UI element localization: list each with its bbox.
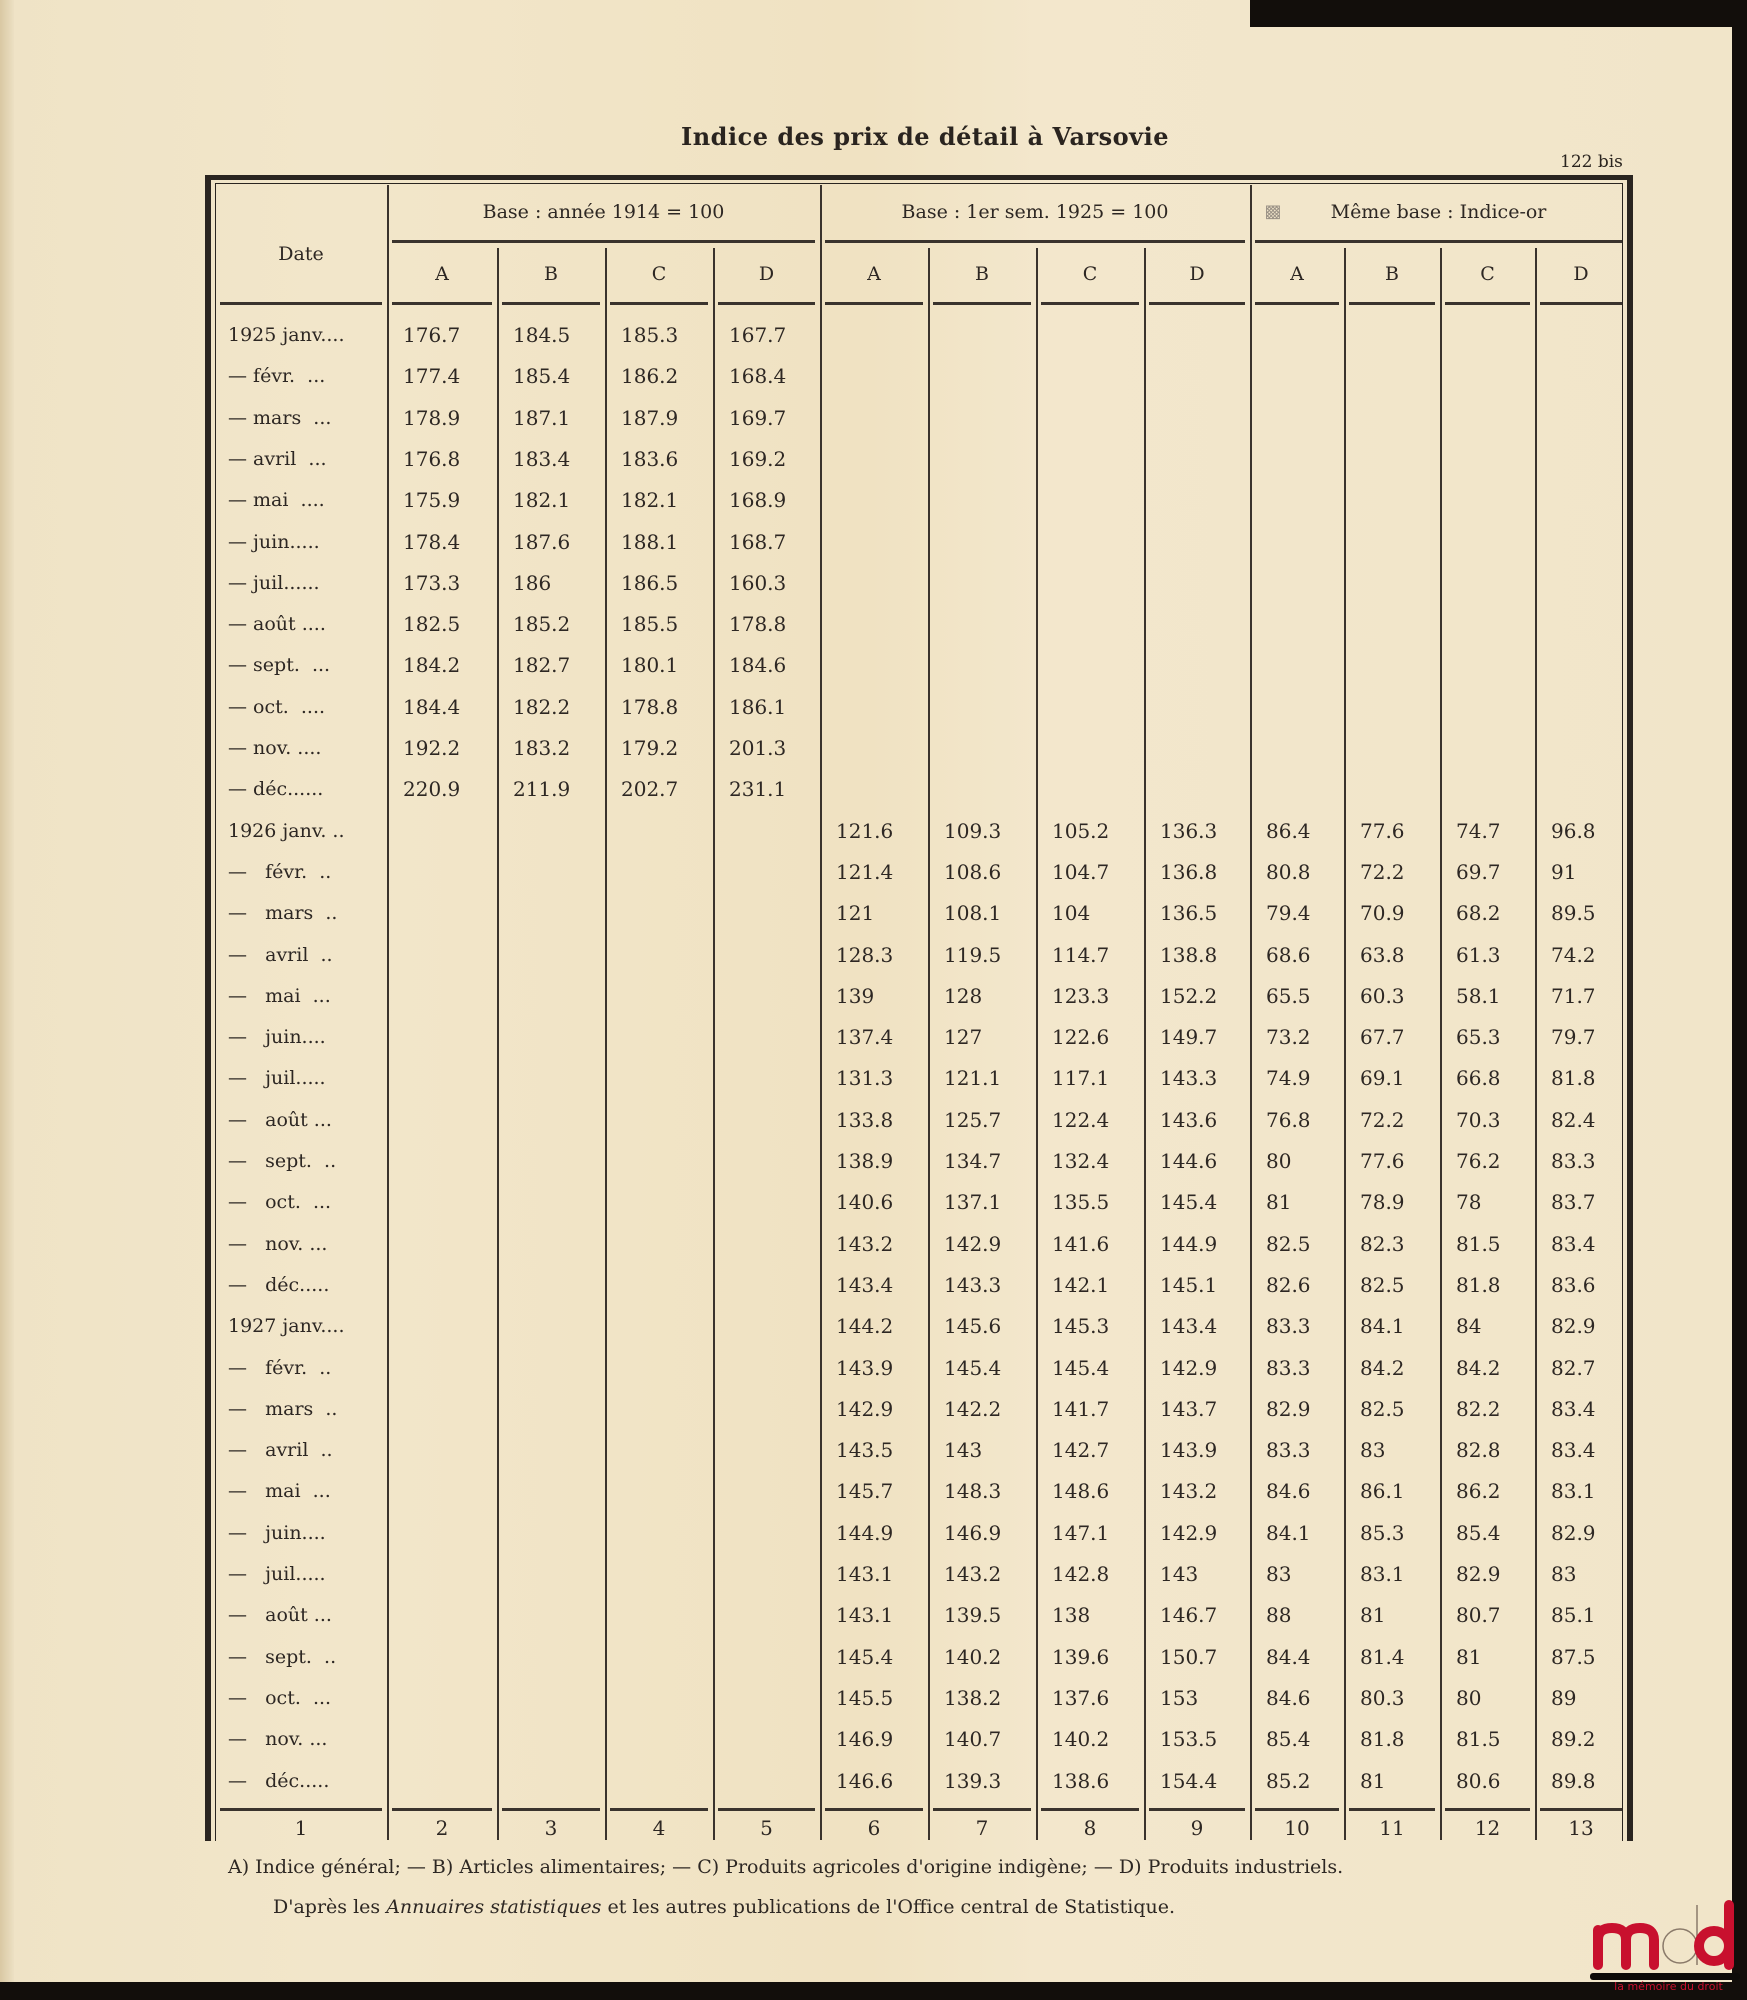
column-divider	[1535, 248, 1537, 1840]
table-cell: 72.2	[1360, 1108, 1440, 1132]
footer-rule	[392, 1808, 492, 1811]
table-cell: 131.3	[836, 1066, 928, 1090]
table-cell: 63.8	[1360, 943, 1440, 967]
table-cell: 185.4	[513, 364, 605, 388]
table-cell: 89.5	[1551, 901, 1627, 925]
table-cell: 143.5	[836, 1438, 928, 1462]
table-cell: 169.2	[729, 447, 820, 471]
table-cell: 143	[1160, 1562, 1250, 1586]
table-cell: 83.6	[1551, 1273, 1627, 1297]
row-date: — juil.....	[228, 1562, 326, 1586]
table-cell: 143.3	[1160, 1066, 1250, 1090]
table-cell: 83.4	[1551, 1232, 1627, 1256]
table-cell: 81.8	[1456, 1273, 1535, 1297]
row-date: — févr. ..	[228, 860, 331, 884]
table-cell: 104.7	[1052, 860, 1144, 884]
table-cell: 183.4	[513, 447, 605, 471]
table-cell: 168.9	[729, 488, 820, 512]
table-cell: 68.6	[1266, 943, 1344, 967]
column-divider	[497, 248, 499, 1840]
column-number: 4	[605, 1816, 713, 1840]
table-cell: 79.7	[1551, 1025, 1627, 1049]
table-cell: 144.6	[1160, 1149, 1250, 1173]
table-inner-border	[215, 183, 1623, 1841]
page-spine	[0, 0, 14, 1988]
table-cell: 96.8	[1551, 819, 1627, 843]
table-cell: 135.5	[1052, 1190, 1144, 1214]
table-cell: 145.4	[836, 1645, 928, 1669]
table-cell: 76.2	[1456, 1149, 1535, 1173]
table-cell: 187.6	[513, 530, 605, 554]
table-cell: 150.7	[1160, 1645, 1250, 1669]
footer-rule	[933, 1808, 1031, 1811]
column-divider	[387, 185, 389, 1840]
row-date: — août ...	[228, 1603, 332, 1627]
table-cell: 144.9	[1160, 1232, 1250, 1256]
table-cell: 108.1	[944, 901, 1036, 925]
table-cell: 74.7	[1456, 819, 1535, 843]
footer-rule	[1255, 1808, 1339, 1811]
table-cell: 82.4	[1551, 1108, 1627, 1132]
table-cell: 139	[836, 984, 928, 1008]
table-cell: 142.7	[1052, 1438, 1144, 1462]
table-cell: 153	[1160, 1686, 1250, 1710]
footer-rule	[1041, 1808, 1139, 1811]
source-suffix: et les autres publications de l'Office c…	[601, 1896, 1175, 1918]
column-letter-header: A	[820, 262, 928, 286]
table-cell: 188.1	[621, 530, 713, 554]
table-cell: 117.1	[1052, 1066, 1144, 1090]
table-cell: 185.2	[513, 612, 605, 636]
table-cell: 138.9	[836, 1149, 928, 1173]
table-cell: 82.5	[1266, 1232, 1344, 1256]
table-cell: 141.7	[1052, 1397, 1144, 1421]
page-title: Indice des prix de détail à Varsovie	[0, 122, 1747, 151]
table-cell: 201.3	[729, 736, 820, 760]
table-cell: 139.3	[944, 1769, 1036, 1793]
table-cell: 143.1	[836, 1562, 928, 1586]
table-cell: 82.3	[1360, 1232, 1440, 1256]
table-cell: 148.3	[944, 1479, 1036, 1503]
table-cell: 65.5	[1266, 984, 1344, 1008]
table-cell: 182.7	[513, 653, 605, 677]
table-cell: 186.1	[729, 695, 820, 719]
column-divider	[1250, 185, 1252, 1840]
row-date: — déc......	[228, 777, 323, 801]
column-letter-header: C	[1440, 262, 1535, 286]
table-cell: 83	[1551, 1562, 1627, 1586]
row-date: — oct. ...	[228, 1190, 331, 1214]
table-cell: 184.2	[403, 653, 497, 677]
table-cell: 83	[1266, 1562, 1344, 1586]
table-cell: 128	[944, 984, 1036, 1008]
scan-edge-right	[1732, 0, 1747, 2000]
table-cell: 138.2	[944, 1686, 1036, 1710]
row-date: — mai ...	[228, 1479, 331, 1503]
table-cell: 125.7	[944, 1108, 1036, 1132]
table-cell: 231.1	[729, 777, 820, 801]
row-date: 1927 janv....	[228, 1314, 345, 1338]
row-date: — sept. ...	[228, 653, 330, 677]
table-cell: 178.9	[403, 406, 497, 430]
table-cell: 176.7	[403, 323, 497, 347]
table-cell: 152.2	[1160, 984, 1250, 1008]
table-cell: 183.6	[621, 447, 713, 471]
row-date: — sept. ..	[228, 1149, 336, 1173]
table-cell: 89.2	[1551, 1727, 1627, 1751]
table-cell: 83.1	[1360, 1562, 1440, 1586]
header-rule	[502, 302, 600, 305]
table-cell: 104	[1052, 901, 1144, 925]
table-cell: 109.3	[944, 819, 1036, 843]
table-cell: 145.4	[944, 1356, 1036, 1380]
table-cell: 186.5	[621, 571, 713, 595]
footer-rule	[610, 1808, 708, 1811]
table-cell: 83.3	[1266, 1314, 1344, 1338]
table-cell: 68.2	[1456, 901, 1535, 925]
table-cell: 121	[836, 901, 928, 925]
row-date: — nov. ...	[228, 1232, 327, 1256]
column-divider	[605, 248, 607, 1840]
table-cell: 182.5	[403, 612, 497, 636]
header-rule	[1540, 302, 1622, 305]
table-cell: 84	[1456, 1314, 1535, 1338]
table-cell: 145.3	[1052, 1314, 1144, 1338]
table-cell: 168.4	[729, 364, 820, 388]
table-cell: 84.1	[1266, 1521, 1344, 1545]
row-date: — juil.....	[228, 1066, 326, 1090]
table-cell: 74.9	[1266, 1066, 1344, 1090]
table-cell: 142.9	[1160, 1521, 1250, 1545]
row-date: — mai ...	[228, 984, 331, 1008]
column-number: 10	[1250, 1816, 1344, 1840]
table-cell: 81	[1266, 1190, 1344, 1214]
table-cell: 132.4	[1052, 1149, 1144, 1173]
table-cell: 180.1	[621, 653, 713, 677]
header-rule	[392, 302, 492, 305]
table-cell: 105.2	[1052, 819, 1144, 843]
row-date: — juin.....	[228, 530, 320, 554]
table-cell: 146.6	[836, 1769, 928, 1793]
table-cell: 186.2	[621, 364, 713, 388]
table-cell: 167.7	[729, 323, 820, 347]
table-cell: 85.2	[1266, 1769, 1344, 1793]
table-cell: 146.9	[944, 1521, 1036, 1545]
row-date: — oct. ...	[228, 1686, 331, 1710]
table-cell: 86.2	[1456, 1479, 1535, 1503]
table-cell: 187.9	[621, 406, 713, 430]
column-divider	[1144, 248, 1146, 1840]
footer-rule	[1445, 1808, 1530, 1811]
header-rule	[610, 302, 708, 305]
column-letter-header: A	[387, 262, 497, 286]
table-cell: 119.5	[944, 943, 1036, 967]
table-cell: 80	[1266, 1149, 1344, 1173]
table-cell: 140.2	[944, 1645, 1036, 1669]
table-cell: 70.9	[1360, 901, 1440, 925]
watermark-tagline: la mémoire du droit	[1590, 1980, 1747, 1993]
table-cell: 145.4	[1052, 1356, 1144, 1380]
table-cell: 85.4	[1456, 1521, 1535, 1545]
table-cell: 148.6	[1052, 1479, 1144, 1503]
table-cell: 168.7	[729, 530, 820, 554]
column-number: 3	[497, 1816, 605, 1840]
table-cell: 144.2	[836, 1314, 928, 1338]
column-legend: A) Indice général; — B) Articles aliment…	[228, 1856, 1343, 1878]
column-letter-header: C	[605, 262, 713, 286]
row-date: — févr. ..	[228, 1356, 331, 1380]
table-cell: 80.7	[1456, 1603, 1535, 1627]
footer-rule	[1540, 1808, 1622, 1811]
table-cell: 73.2	[1266, 1025, 1344, 1049]
table-cell: 87.5	[1551, 1645, 1627, 1669]
table-cell: 67.7	[1360, 1025, 1440, 1049]
table-cell: 143.2	[836, 1232, 928, 1256]
table-cell: 143	[944, 1438, 1036, 1462]
column-number: 8	[1036, 1816, 1144, 1840]
table-cell: 78	[1456, 1190, 1535, 1214]
table-cell: 202.7	[621, 777, 713, 801]
table-cell: 143.4	[836, 1273, 928, 1297]
table-cell: 140.2	[1052, 1727, 1144, 1751]
table-cell: 184.5	[513, 323, 605, 347]
row-date: — juin....	[228, 1521, 326, 1545]
table-cell: 153.5	[1160, 1727, 1250, 1751]
column-letter-header: D	[1144, 262, 1250, 286]
row-date: — mars ..	[228, 1397, 337, 1421]
stamp-mark-icon: ▩	[1258, 200, 1288, 224]
header-rule	[220, 302, 382, 305]
table-cell: 121.6	[836, 819, 928, 843]
table-cell: 183.2	[513, 736, 605, 760]
column-number: 13	[1535, 1816, 1627, 1840]
table-cell: 187.1	[513, 406, 605, 430]
table-cell: 88	[1266, 1603, 1344, 1627]
column-divider	[820, 185, 822, 1840]
table-cell: 114.7	[1052, 943, 1144, 967]
column-number: 12	[1440, 1816, 1535, 1840]
table-cell: 80	[1456, 1686, 1535, 1710]
column-number: 6	[820, 1816, 928, 1840]
table-cell: 146.9	[836, 1727, 928, 1751]
table-cell: 145.4	[1160, 1190, 1250, 1214]
table-cell: 182.1	[513, 488, 605, 512]
column-letter-header: B	[1344, 262, 1440, 286]
row-date: — déc.....	[228, 1273, 329, 1297]
table-cell: 182.1	[621, 488, 713, 512]
row-date: — juin....	[228, 1025, 326, 1049]
table-cell: 58.1	[1456, 984, 1535, 1008]
table-cell: 122.4	[1052, 1108, 1144, 1132]
row-date: — avril ..	[228, 943, 333, 967]
table-cell: 138	[1052, 1603, 1144, 1627]
column-letter-header: B	[497, 262, 605, 286]
table-cell: 71.7	[1551, 984, 1627, 1008]
group-header: Base : année 1914 = 100	[387, 200, 820, 224]
table-cell: 211.9	[513, 777, 605, 801]
group-header: Même base : Indice-or	[1250, 200, 1627, 224]
footer-rule	[1149, 1808, 1245, 1811]
column-divider	[1344, 248, 1346, 1840]
table-cell: 145.7	[836, 1479, 928, 1503]
table-cell: 82.9	[1551, 1521, 1627, 1545]
header-rule	[1445, 302, 1530, 305]
table-cell: 143.1	[836, 1603, 928, 1627]
group-header: Base : 1er sem. 1925 = 100	[820, 200, 1250, 224]
table-cell: 160.3	[729, 571, 820, 595]
table-cell: 69.1	[1360, 1066, 1440, 1090]
group-rule	[1255, 240, 1622, 243]
table-cell: 143.9	[836, 1356, 928, 1380]
row-date: — nov. ....	[228, 736, 321, 760]
row-date: — mars ...	[228, 406, 331, 430]
table-cell: 91	[1551, 860, 1627, 884]
table-cell: 137.6	[1052, 1686, 1144, 1710]
table-cell: 76.8	[1266, 1108, 1344, 1132]
column-number: 7	[928, 1816, 1036, 1840]
table-cell: 82.9	[1456, 1562, 1535, 1586]
table-cell: 81	[1360, 1603, 1440, 1627]
table-cell: 145.1	[1160, 1273, 1250, 1297]
scan-edge-top	[1250, 0, 1747, 27]
table-cell: 80.6	[1456, 1769, 1535, 1793]
table-cell: 140.7	[944, 1727, 1036, 1751]
column-letter-header: D	[713, 262, 820, 286]
table-cell: 70.3	[1456, 1108, 1535, 1132]
table-cell: 85.1	[1551, 1603, 1627, 1627]
table-cell: 86.1	[1360, 1479, 1440, 1503]
column-letter-header: D	[1535, 262, 1627, 286]
table-cell: 61.3	[1456, 943, 1535, 967]
table-cell: 143.9	[1160, 1438, 1250, 1462]
table-cell: 139.5	[944, 1603, 1036, 1627]
header-rule	[1349, 302, 1435, 305]
table-cell: 80.3	[1360, 1686, 1440, 1710]
row-date: — nov. ...	[228, 1727, 327, 1751]
table-cell: 84.6	[1266, 1686, 1344, 1710]
table-cell: 85.4	[1266, 1727, 1344, 1751]
row-date: — févr. ...	[228, 364, 325, 388]
source-note: D'après les Annuaires statistiques et le…	[273, 1896, 1175, 1918]
column-number: 5	[713, 1816, 820, 1840]
row-date: — août ...	[228, 1108, 332, 1132]
table-cell: 178.8	[621, 695, 713, 719]
column-divider	[928, 248, 930, 1840]
header-rule	[933, 302, 1031, 305]
table-cell: 83.3	[1266, 1438, 1344, 1462]
header-rule	[1149, 302, 1245, 305]
row-date: — mai ....	[228, 488, 325, 512]
table-cell: 175.9	[403, 488, 497, 512]
table-cell: 84.6	[1266, 1479, 1344, 1503]
row-date: — déc.....	[228, 1769, 329, 1793]
table-cell: 141.6	[1052, 1232, 1144, 1256]
table-cell: 185.3	[621, 323, 713, 347]
table-cell: 136.5	[1160, 901, 1250, 925]
table-cell: 83.3	[1266, 1356, 1344, 1380]
table-cell: 143.7	[1160, 1397, 1250, 1421]
table-cell: 182.2	[513, 695, 605, 719]
table-cell: 69.7	[1456, 860, 1535, 884]
column-number: 1	[215, 1816, 387, 1840]
column-divider	[713, 248, 715, 1840]
table-cell: 82.5	[1360, 1273, 1440, 1297]
table-cell: 149.7	[1160, 1025, 1250, 1049]
table-cell: 84.2	[1456, 1356, 1535, 1380]
table-cell: 184.6	[729, 653, 820, 677]
table-cell: 134.7	[944, 1149, 1036, 1173]
page-number: 122 bis	[1560, 152, 1623, 172]
table-cell: 143.2	[944, 1562, 1036, 1586]
column-number: 11	[1344, 1816, 1440, 1840]
table-cell: 84.4	[1266, 1645, 1344, 1669]
table-cell: 138.6	[1052, 1769, 1144, 1793]
table-cell: 142.8	[1052, 1562, 1144, 1586]
table-cell: 74.2	[1551, 943, 1627, 967]
row-date: — juil......	[228, 571, 320, 595]
table-cell: 84.1	[1360, 1314, 1440, 1338]
header-rule	[718, 302, 815, 305]
table-cell: 143.3	[944, 1273, 1036, 1297]
table-cell: 82.9	[1551, 1314, 1627, 1338]
table-cell: 79.4	[1266, 901, 1344, 925]
table-cell: 82.6	[1266, 1273, 1344, 1297]
header-rule	[1041, 302, 1139, 305]
table-cell: 179.2	[621, 736, 713, 760]
row-date: — août ....	[228, 612, 326, 636]
table-cell: 147.1	[1052, 1521, 1144, 1545]
column-number: 9	[1144, 1816, 1250, 1840]
table-cell: 144.9	[836, 1521, 928, 1545]
table-cell: 108.6	[944, 860, 1036, 884]
table-cell: 143.6	[1160, 1108, 1250, 1132]
table-cell: 178.4	[403, 530, 497, 554]
scan-edge-bottom	[0, 1982, 1747, 2000]
column-letter-header: C	[1036, 262, 1144, 286]
table-cell: 142.2	[944, 1397, 1036, 1421]
table-cell: 173.3	[403, 571, 497, 595]
row-date: 1925 janv....	[228, 323, 345, 347]
row-date: — mars ..	[228, 901, 337, 925]
table-cell: 77.6	[1360, 1149, 1440, 1173]
table-cell: 81.5	[1456, 1727, 1535, 1751]
table-cell: 121.1	[944, 1066, 1036, 1090]
table-cell: 184.4	[403, 695, 497, 719]
footer-rule	[718, 1808, 815, 1811]
table-cell: 133.8	[836, 1108, 928, 1132]
source-italic: Annuaires statistiques	[386, 1896, 601, 1918]
table-cell: 81.8	[1551, 1066, 1627, 1090]
table-cell: 85.3	[1360, 1521, 1440, 1545]
column-letter-header: A	[1250, 262, 1344, 286]
table-cell: 139.6	[1052, 1645, 1144, 1669]
table-cell: 146.7	[1160, 1603, 1250, 1627]
table-cell: 89.8	[1551, 1769, 1627, 1793]
column-number: 2	[387, 1816, 497, 1840]
date-column-header: Date	[215, 242, 387, 266]
table-cell: 143.2	[1160, 1479, 1250, 1503]
table-cell: 177.4	[403, 364, 497, 388]
table-cell: 83.7	[1551, 1190, 1627, 1214]
table-cell: 154.4	[1160, 1769, 1250, 1793]
table-cell: 89	[1551, 1686, 1627, 1710]
row-date: — avril ...	[228, 447, 327, 471]
table-cell: 65.3	[1456, 1025, 1535, 1049]
table-cell: 136.8	[1160, 860, 1250, 884]
table-cell: 143.4	[1160, 1314, 1250, 1338]
table-cell: 178.8	[729, 612, 820, 636]
table-cell: 142.9	[944, 1232, 1036, 1256]
